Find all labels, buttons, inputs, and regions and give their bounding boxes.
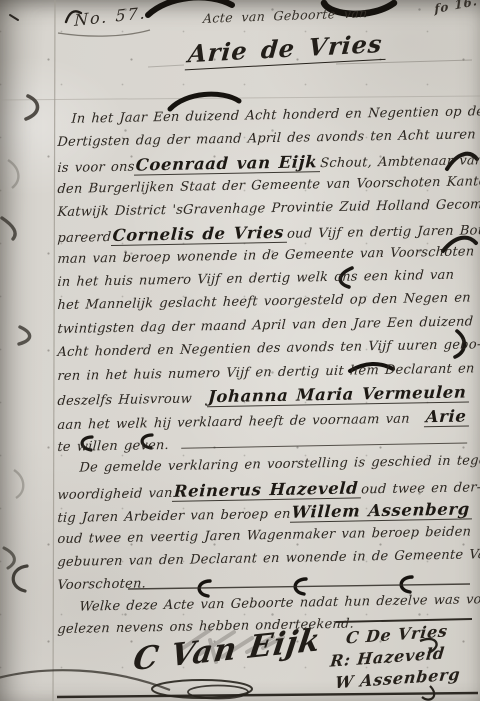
document-line: twintigsten dag der maand April van den …	[57, 314, 470, 337]
document-line: is voor ons Coenraad van Eijk Schout, Am…	[57, 149, 470, 177]
document-line: ren in het huis numero Vijf en dertig ui…	[57, 361, 470, 384]
document-line: pareerd Cornelis de Vries oud Vijf en de…	[57, 219, 470, 247]
document-line: Katwijk District 'sGravenhage Provintie …	[57, 197, 470, 220]
document-line: in het huis numero Vijf en dertig welk o…	[57, 267, 470, 290]
document-line: Acht honderd en Negentien des avonds ten…	[57, 337, 470, 360]
name-johanna-maria-vermeulen: Johanna Maria Vermeulen	[206, 382, 469, 407]
act-title: Acte van Geboorte van	[203, 5, 369, 26]
document-line: te willen geven.	[57, 432, 470, 455]
document-line: deszelfs Huisvrouw Johanna Maria Vermeul…	[57, 382, 470, 410]
fill-line	[181, 442, 467, 448]
document-line: het Mannelijk geslacht heeft voorgesteld…	[57, 290, 470, 313]
document-line: aan het welk hij verklaard heeft de voor…	[57, 406, 470, 434]
document-line: In het Jaar Een duizend Acht honderd en …	[57, 104, 470, 127]
document-line: Dertigsten dag der maand April des avond…	[57, 127, 470, 150]
name-arie: Arie	[424, 406, 470, 427]
document-line: Voorschoten.	[57, 570, 470, 593]
document-line: De gemelde verklaring en voorstelling is…	[57, 453, 470, 476]
document-line: man van beroep wonende in de Gemeente va…	[57, 244, 470, 267]
act-number: No. 57.	[74, 3, 147, 30]
name-coenraad-van-eijk: Coenraad van Eijk	[134, 152, 321, 175]
birth-certificate-scan: fo 16. No. 57. Acte van Geboorte van Ari…	[0, 0, 480, 701]
document-line: gebuuren van den Declarant en wonende in…	[57, 547, 470, 570]
name-reinerus-hazeveld: Reinerus Hazeveld	[172, 478, 362, 501]
name-cornelis-de-vries: Cornelis de Vries	[111, 223, 288, 246]
child-name-heading: Arie de Vries	[185, 29, 388, 71]
signature-block-witnesses: C De Vries R: Hazeveld W Assenberg	[330, 624, 461, 689]
document-line: tig Jaren Arbeider van beroep en Willem …	[57, 499, 470, 527]
name-willem-assenberg: Willem Assenberg	[290, 499, 473, 522]
document-line: den Burgerlijken Staat der Gemeente van …	[57, 174, 470, 197]
document-line: oud twee en veertig Jaren Wagenmaker van…	[57, 524, 470, 547]
folio-mark: fo 16.	[434, 0, 478, 16]
document-line: Welke deze Acte van Geboorte nadat hun d…	[57, 592, 470, 615]
